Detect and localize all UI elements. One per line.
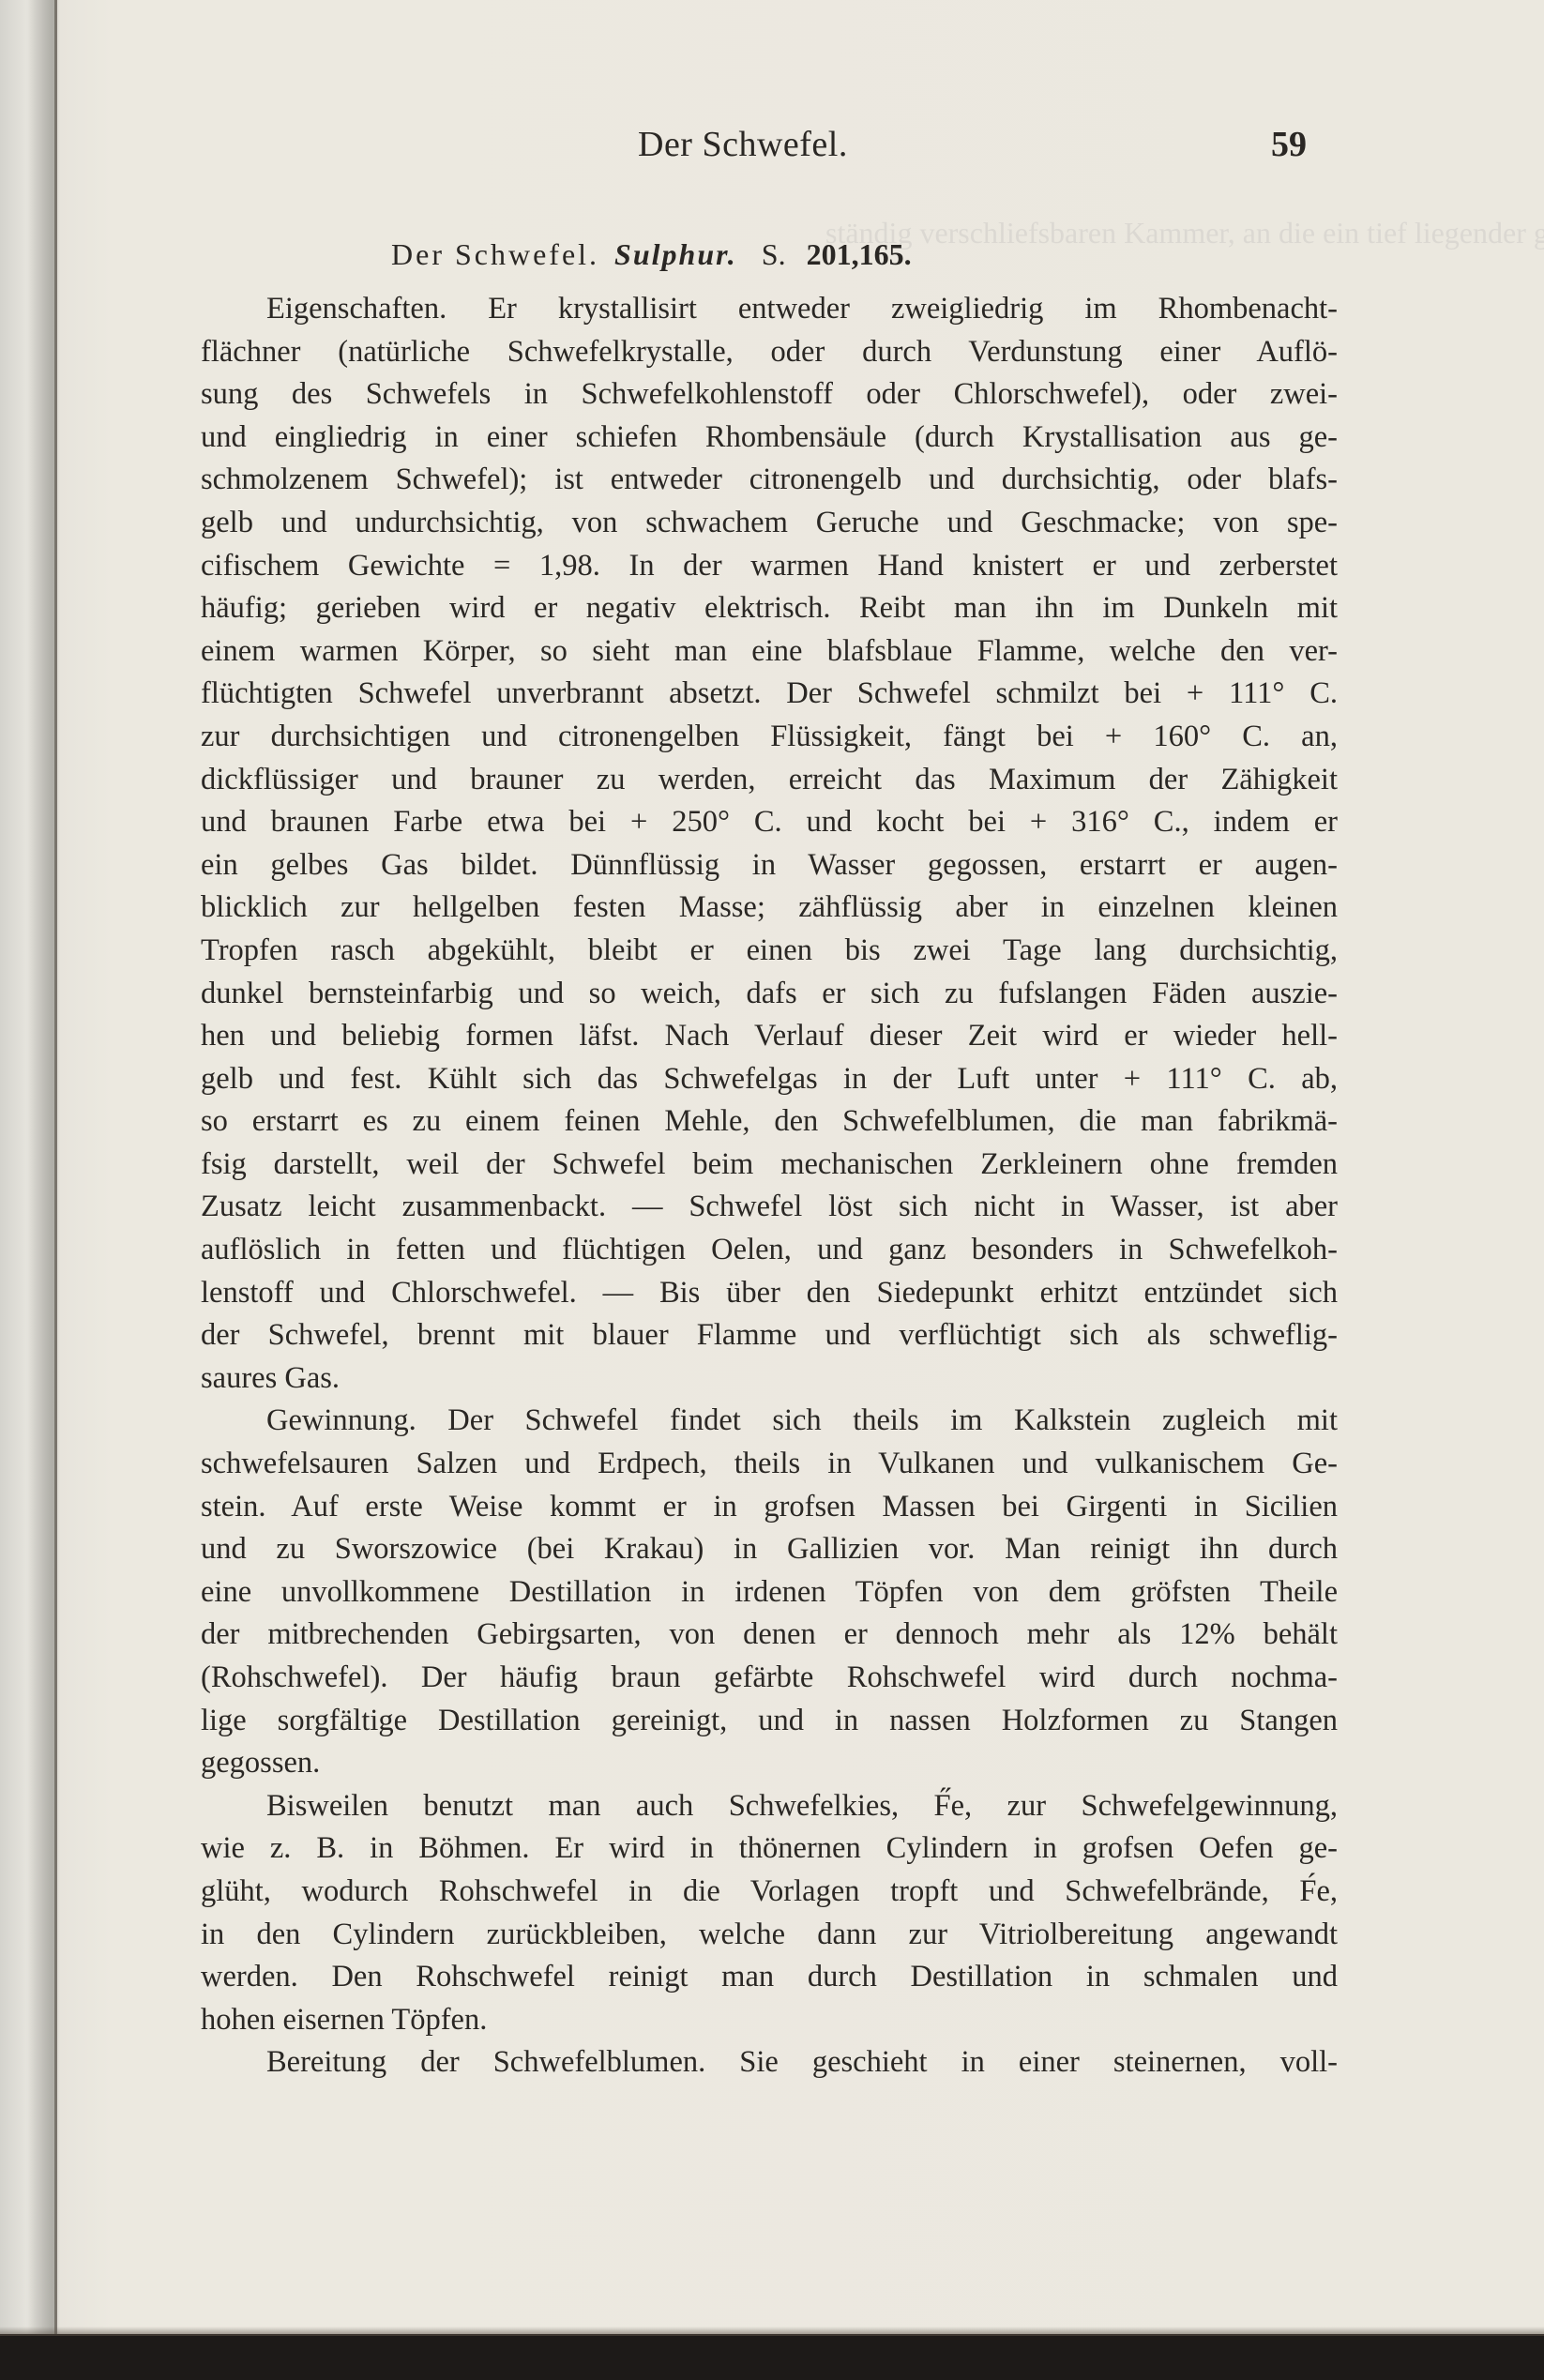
text-line: häufig; gerieben wird er negativ elektri… bbox=[201, 587, 1338, 630]
text-line: der Schwefel, brennt mit blauer Flamme u… bbox=[201, 1314, 1338, 1357]
text-line: ein gelbes Gas bildet. Dünnflüssig in Wa… bbox=[201, 844, 1338, 887]
text-line: Gewinnung. Der Schwefel findet sich thei… bbox=[201, 1400, 1338, 1443]
text-line: Bereitung der Schwefelblumen. Sie geschi… bbox=[201, 2041, 1338, 2084]
show-through-text: ständig verschliefsbaren Kammer, an die … bbox=[825, 216, 1544, 250]
text-line: werden. Den Rohschwefel reinigt man durc… bbox=[201, 1956, 1338, 1999]
text-line: wie z. B. in Böhmen. Er wird in thönerne… bbox=[201, 1827, 1338, 1871]
title-name: Der Schwefel. bbox=[391, 237, 599, 271]
text-line: und braunen Farbe etwa bei + 250° C. und… bbox=[201, 801, 1338, 844]
binding-shadow bbox=[26, 0, 54, 2336]
text-line: und zu Sworszowice (bei Krakau) in Galli… bbox=[201, 1528, 1338, 1571]
text-line: so erstarrt es zu einem feinen Mehle, de… bbox=[201, 1100, 1338, 1144]
title-atomic-weight: 201,165. bbox=[807, 237, 912, 271]
text-line: auflöslich in fetten und flüchtigen Oele… bbox=[201, 1229, 1338, 1272]
text-line: flüchtigten Schwefel unverbrannt absetzt… bbox=[201, 673, 1338, 716]
text-line: der mitbrechenden Gebirgsarten, von dene… bbox=[201, 1614, 1338, 1657]
text-line: gegossen. bbox=[201, 1742, 1338, 1785]
text-line: flächner (natürliche Schwefelkrystalle, … bbox=[201, 331, 1338, 374]
text-line: dunkel bernsteinfarbig und so weich, daf… bbox=[201, 973, 1338, 1016]
text-line: schmolzenem Schwefel); ist entweder citr… bbox=[201, 459, 1338, 502]
text-line: Zusatz leicht zusammenbackt. — Schwefel … bbox=[201, 1186, 1338, 1229]
scan-bottom-edge bbox=[0, 2334, 1544, 2380]
text-line: in den Cylindern zurückbleiben, welche d… bbox=[201, 1914, 1338, 1957]
text-line: saures Gas. bbox=[201, 1357, 1338, 1401]
text-line: cifischem Gewichte = 1,98. In der warmen… bbox=[201, 545, 1338, 588]
text-line: Eigenschaften. Er krystallisirt entweder… bbox=[201, 288, 1338, 331]
text-line: fsig darstellt, weil der Schwefel beim m… bbox=[201, 1144, 1338, 1187]
text-line: sung des Schwefels in Schwefelkohlenstof… bbox=[201, 373, 1338, 417]
text-line: hohen eisernen Töpfen. bbox=[201, 1999, 1338, 2042]
book-binding-gutter bbox=[54, 0, 57, 2336]
text-line: lige sorgfältige Destillation gereinigt,… bbox=[201, 1700, 1338, 1743]
text-line: dickflüssiger und brauner zu werden, err… bbox=[201, 759, 1338, 802]
text-line: gelb und fest. Kühlt sich das Schwefelga… bbox=[201, 1058, 1338, 1101]
text-line: zur durchsichtigen und citronengelben Fl… bbox=[201, 716, 1338, 759]
page-number: 59 bbox=[1271, 124, 1307, 165]
running-head: Der Schwefel. bbox=[638, 124, 848, 165]
body-text: Eigenschaften. Er krystallisirt entweder… bbox=[201, 288, 1338, 2084]
text-line: lenstoff und Chlorschwefel. — Bis über d… bbox=[201, 1272, 1338, 1315]
text-line: schwefelsauren Salzen und Erdpech, theil… bbox=[201, 1443, 1338, 1486]
text-line: Bisweilen benutzt man auch Schwefelkies,… bbox=[201, 1785, 1338, 1828]
text-line: Tropfen rasch abgekühlt, bleibt er einen… bbox=[201, 930, 1338, 973]
text-line: blicklich zur hellgelben festen Masse; z… bbox=[201, 887, 1338, 930]
text-line: (Rohschwefel). Der häufig braun gefärbte… bbox=[201, 1657, 1338, 1700]
text-line: hen und beliebig formen läfst. Nach Verl… bbox=[201, 1015, 1338, 1058]
section-title: Der Schwefel. Sulphur. S. 201,165. bbox=[391, 237, 912, 272]
text-line: gelb und undurchsichtig, von schwachem G… bbox=[201, 502, 1338, 545]
title-symbol: S. bbox=[762, 237, 786, 271]
text-line: und eingliedrig in einer schiefen Rhombe… bbox=[201, 417, 1338, 460]
text-line: eine unvollkommene Destillation in irden… bbox=[201, 1571, 1338, 1614]
text-line: stein. Auf erste Weise kommt er in grofs… bbox=[201, 1486, 1338, 1529]
text-line: einem warmen Körper, so sieht man eine b… bbox=[201, 630, 1338, 674]
title-latin-name: Sulphur. bbox=[614, 237, 737, 271]
text-line: glüht, wodurch Rohschwefel in die Vorlag… bbox=[201, 1871, 1338, 1914]
